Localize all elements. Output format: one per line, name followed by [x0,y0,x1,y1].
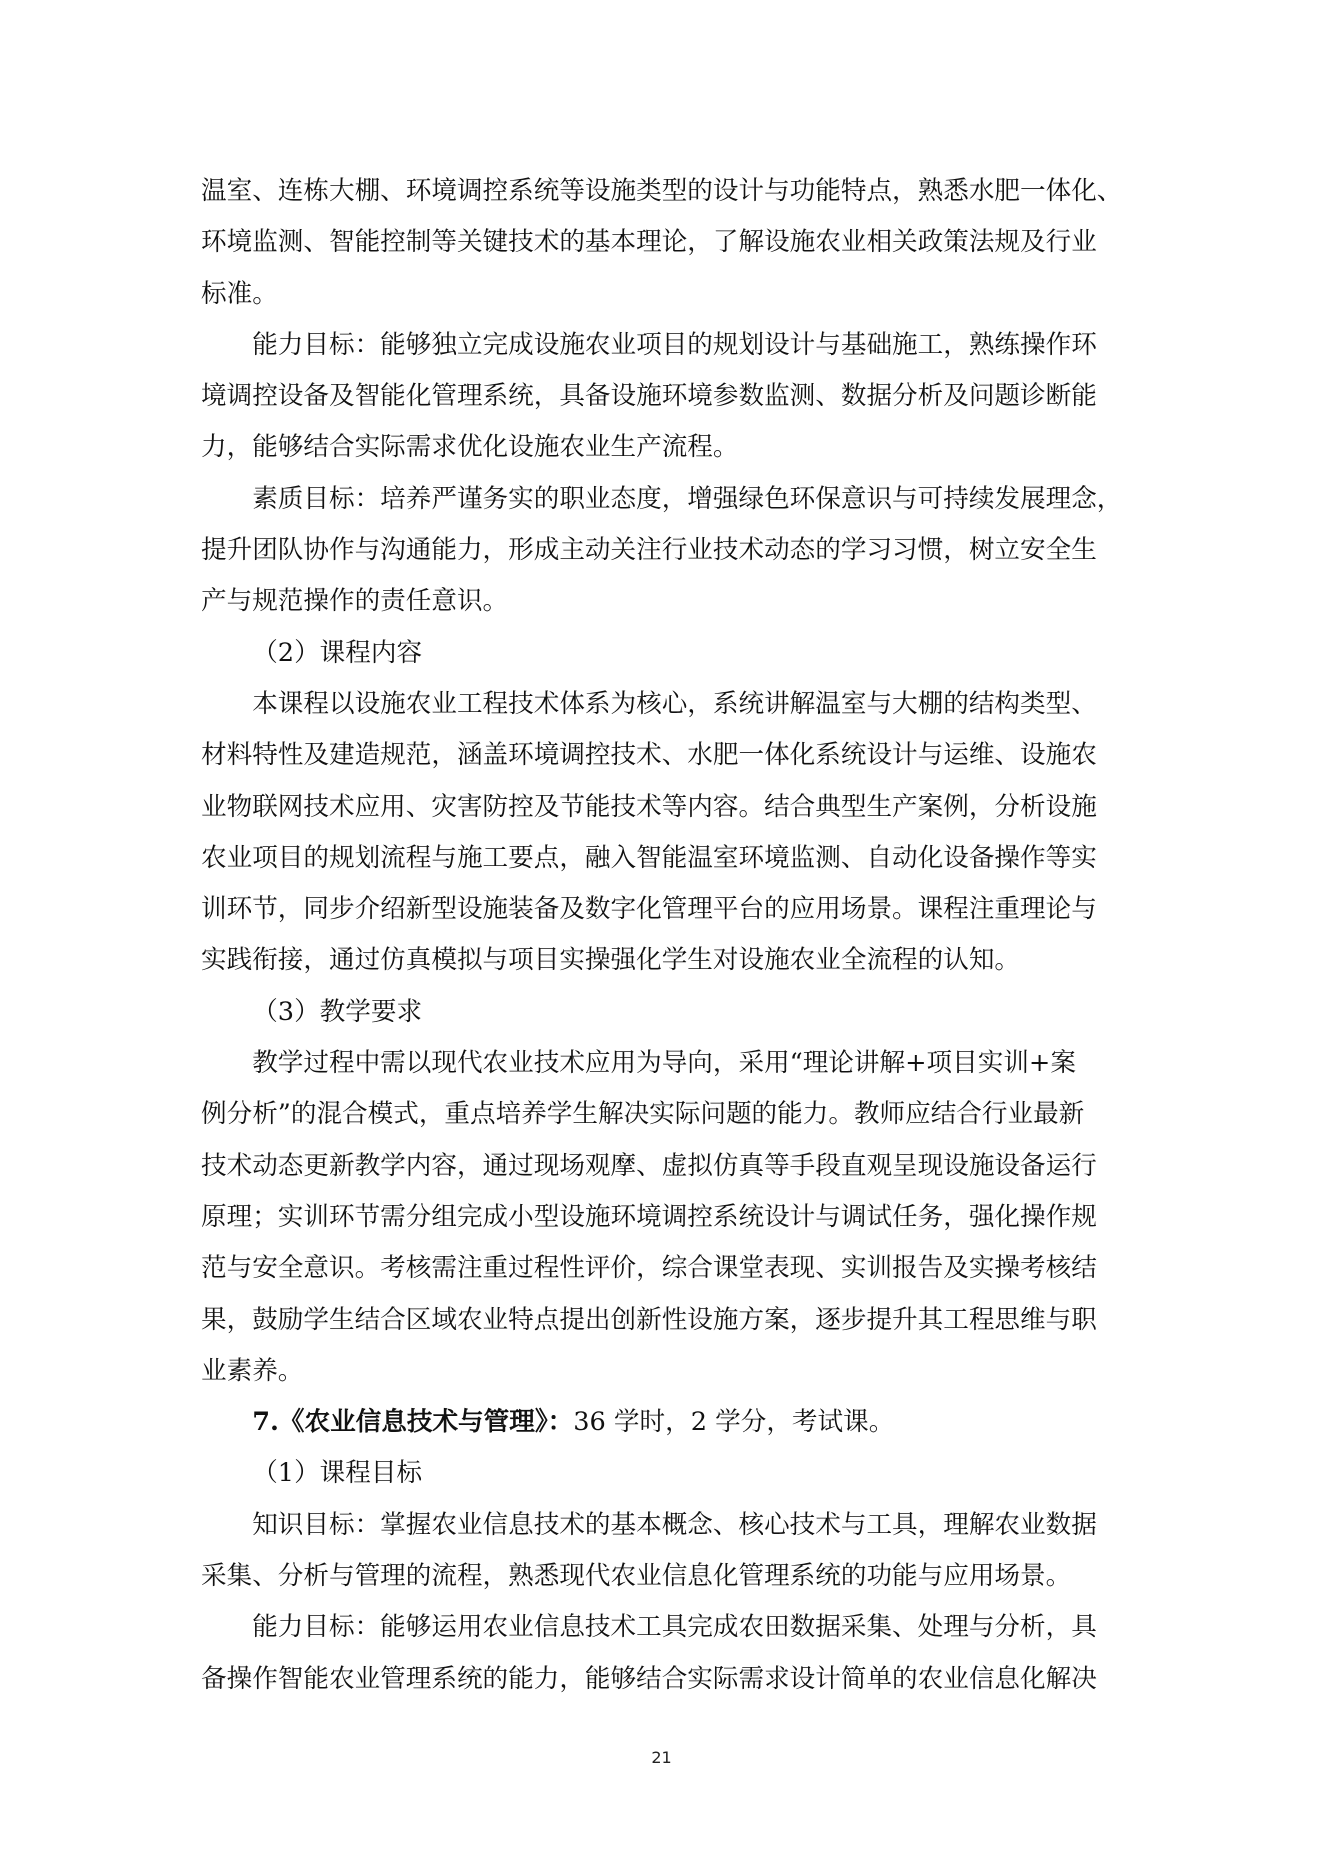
paragraph-ability-goal: 能力目标：能够独立完成设施农业项目的规划设计与基础施工，熟练操作环 境调控设备及… [201,320,1125,474]
section-heading-course-content: （2）课程内容 [201,628,1125,679]
text-line: 能力目标：能够独立完成设施农业项目的规划设计与基础施工，熟练操作环 [201,320,1125,371]
page-body: 温室、连栋大棚、环境调控系统等设施类型的设计与功能特点，熟悉水肥一体化、 环境监… [201,166,1125,1705]
course-title: 7.《农业信息技术与管理》： [252,1407,573,1437]
text-line: 知识目标：掌握农业信息技术的基本概念、核心技术与工具，理解农业数据 [201,1500,1125,1551]
section-course-content: （2）课程内容 本课程以设施农业工程技术体系为核心，系统讲解温室与大棚的结构类型… [201,628,1125,987]
text-line: 果，鼓励学生结合区域农业特点提出创新性设施方案，逐步提升其工程思维与职 [201,1295,1125,1346]
text-line: 境调控设备及智能化管理系统，具备设施环境参数监测、数据分析及问题诊断能 [201,371,1125,422]
section-teaching-requirements: （3）教学要求 教学过程中需以现代农业技术应用为导向，采用“理论讲解+项目实训+… [201,987,1125,1397]
paragraph-knowledge-goal-continued: 温室、连栋大棚、环境调控系统等设施类型的设计与功能特点，熟悉水肥一体化、 环境监… [201,166,1125,320]
text-line: 实践衔接，通过仿真模拟与项目实操强化学生对设施农业全流程的认知。 [201,935,1125,986]
text-line: 例分析”的混合模式，重点培养学生解决实际问题的能力。教师应结合行业最新 [201,1089,1125,1140]
text-line: 采集、分析与管理的流程，熟悉现代农业信息化管理系统的功能与应用场景。 [201,1551,1125,1602]
course-heading: 7.《农业信息技术与管理》：36 学时，2 学分，考试课。 [201,1397,1125,1448]
text-line: 范与安全意识。考核需注重过程性评价，综合课堂表现、实训报告及实操考核结 [201,1243,1125,1294]
text-line: 材料特性及建造规范，涵盖环境调控技术、水肥一体化系统设计与运维、设施农 [201,730,1125,781]
text-line: 技术动态更新教学内容，通过现场观摩、虚拟仿真等手段直观呈现设施设备运行 [201,1141,1125,1192]
paragraph-quality-goal: 素质目标：培养严谨务实的职业态度，增强绿色环保意识与可持续发展理念， 提升团队协… [201,474,1125,628]
text-line: 产与规范操作的责任意识。 [201,576,1125,627]
text-line: 温室、连栋大棚、环境调控系统等设施类型的设计与功能特点，熟悉水肥一体化、 [201,166,1125,217]
text-line: 训环节，同步介绍新型设施装备及数字化管理平台的应用场景。课程注重理论与 [201,884,1125,935]
section-heading-teaching-requirements: （3）教学要求 [201,987,1125,1038]
text-line: 环境监测、智能控制等关键技术的基本理论，了解设施农业相关政策法规及行业 [201,217,1125,268]
section-course-7: 7.《农业信息技术与管理》：36 学时，2 学分，考试课。 （1）课程目标 知识… [201,1397,1125,1705]
text-line: 力，能够结合实际需求优化设施农业生产流程。 [201,422,1125,473]
text-line: 标准。 [201,269,1125,320]
section-heading-course-goals: （1）课程目标 [201,1448,1125,1499]
text-line: 业物联网技术应用、灾害防控及节能技术等内容。结合典型生产案例，分析设施 [201,782,1125,833]
text-line: 提升团队协作与沟通能力，形成主动关注行业技术动态的学习习惯，树立安全生 [201,525,1125,576]
text-line: 本课程以设施农业工程技术体系为核心，系统讲解温室与大棚的结构类型、 [201,679,1125,730]
text-line: 原理；实训环节需分组完成小型设施环境调控系统设计与调试任务，强化操作规 [201,1192,1125,1243]
text-line: 素质目标：培养严谨务实的职业态度，增强绿色环保意识与可持续发展理念， [201,474,1125,525]
text-line: 业素养。 [201,1346,1125,1397]
course-hours-credits: 36 学时，2 学分，考试课。 [573,1407,894,1437]
text-line: 备操作智能农业管理系统的能力，能够结合实际需求设计简单的农业信息化解决 [201,1654,1125,1705]
text-line: 能力目标：能够运用农业信息技术工具完成农田数据采集、处理与分析，具 [201,1602,1125,1653]
text-line: 教学过程中需以现代农业技术应用为导向，采用“理论讲解+项目实训+案 [201,1038,1125,1089]
page-number: 21 [0,1748,1323,1767]
text-line: 农业项目的规划流程与施工要点，融入智能温室环境监测、自动化设备操作等实 [201,833,1125,884]
